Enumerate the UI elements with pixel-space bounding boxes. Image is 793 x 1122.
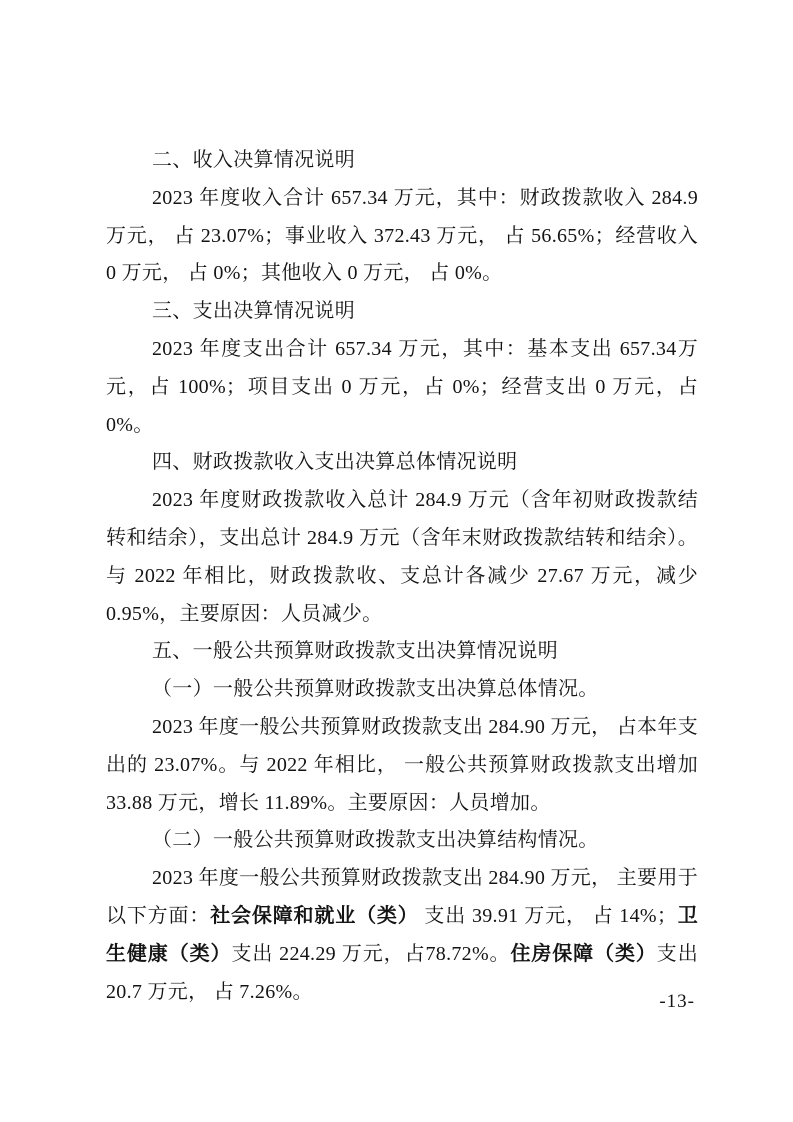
paragraph-fiscal-overall: 2023 年度财政拨款收入总计 284.9 万元（含年初财政拨款结转和结余），支…: [106, 482, 698, 633]
paragraph-income: 2023 年度收入合计 657.34 万元，其中：财政拨款收入 284.9 万元…: [106, 180, 698, 293]
section-heading-fiscal-overall: 四、财政拨款收入支出决算总体情况说明: [106, 444, 698, 482]
text-run-bold-social-security: 社会保障和就业（类）: [210, 905, 418, 927]
document-content: 二、收入决算情况说明 2023 年度收入合计 657.34 万元，其中：财政拨款…: [106, 142, 698, 1011]
section-heading-public-budget: 五、一般公共预算财政拨款支出决算情况说明: [106, 633, 698, 671]
text-run-bold-housing: 住房保障（类）: [510, 943, 656, 965]
document-page: 二、收入决算情况说明 2023 年度收入合计 657.34 万元，其中：财政拨款…: [0, 0, 793, 1122]
section-heading-income: 二、收入决算情况说明: [106, 142, 698, 180]
paragraph-public-budget-overall: 2023 年度一般公共预算财政拨款支出 284.90 万元， 占本年支出的 23…: [106, 709, 698, 822]
paragraph-expenditure: 2023 年度支出合计 657.34 万元，其中：基本支出 657.34万元，占…: [106, 331, 698, 444]
subheading-public-budget-overall: （一）一般公共预算财政拨款支出决算总体情况。: [106, 671, 698, 709]
text-run: 支出 39.91 万元， 占 14%；: [419, 905, 678, 927]
section-heading-expenditure: 三、支出决算情况说明: [106, 293, 698, 331]
text-run: 支出 224.29 万元，占78.72%。: [231, 943, 510, 965]
paragraph-public-budget-structure: 2023 年度一般公共预算财政拨款支出 284.90 万元， 主要用于以下方面：…: [106, 860, 698, 1011]
subheading-public-budget-structure: （二）一般公共预算财政拨款支出决算结构情况。: [106, 822, 698, 860]
page-number: -13-: [659, 991, 695, 1013]
